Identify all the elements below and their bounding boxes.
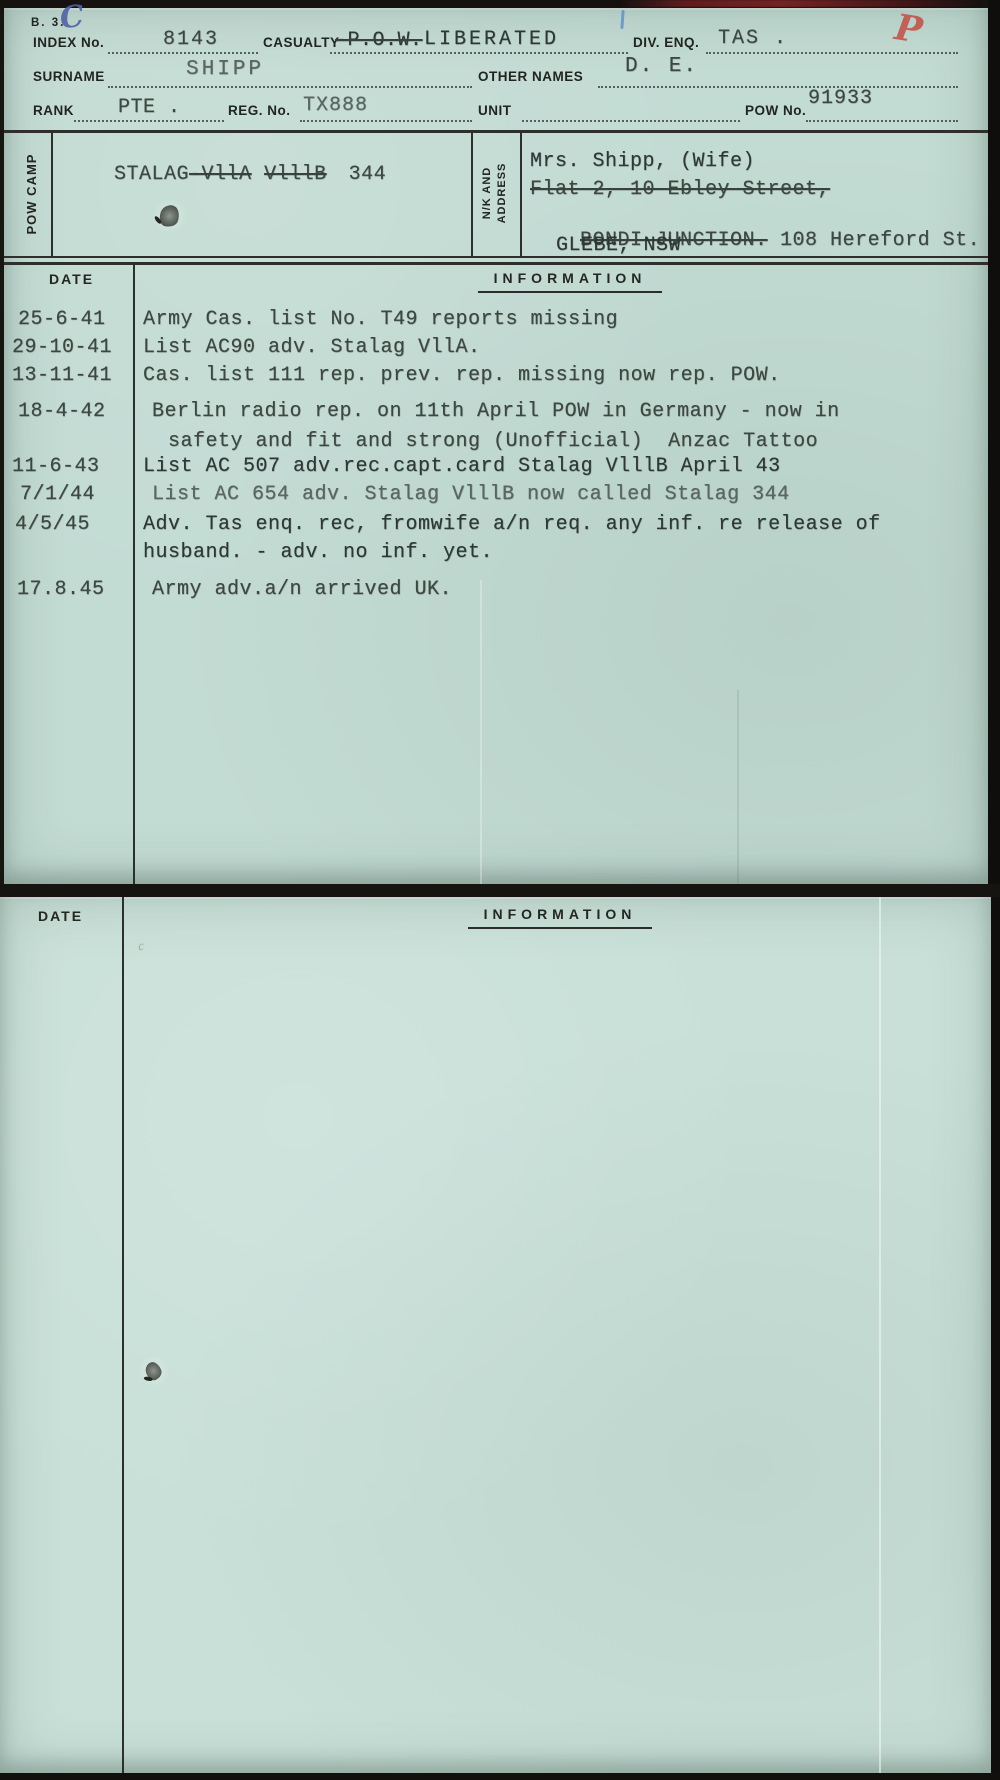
pow-camp-struck-villa: -VllA (189, 163, 252, 186)
surname-label: SURNAME (33, 69, 105, 84)
pow-camp-current: 344 (349, 163, 387, 186)
surname-ruling (108, 86, 472, 88)
log-date: 4/5/45 (15, 513, 90, 536)
nk-address-label-line1: N/K AND (480, 143, 495, 243)
unit-ruling (522, 120, 740, 122)
information-column-header: INFORMATION (478, 270, 662, 293)
nk-city-line: GLEBE, NSW (556, 234, 681, 257)
pow-camp-label: POW CAMP (24, 139, 40, 249)
pow-camp-struck-viiib: VlllB (264, 163, 327, 186)
unit-label: UNIT (478, 103, 512, 118)
reg-no-value: TX888 (303, 94, 368, 117)
pow-no-ruling (806, 120, 958, 122)
continuation-card (0, 897, 991, 1773)
ink-blot (157, 203, 181, 229)
pow-camp-divider (51, 131, 53, 256)
log-info: Army adv.a/n arrived UK. (152, 578, 452, 601)
typed-edge-marks: ’ ’ ’ ’ ’ ’ ’ ’ (308, 0, 568, 7)
log-info: List AC 654 adv. Stalag VlllB now called… (152, 483, 790, 506)
pow-no-label: POW No. (745, 103, 806, 118)
casualty-value: LIBERATED (424, 28, 559, 51)
nk-new-street: 108 Hereford St. (768, 229, 981, 252)
log-date: 7/1/44 (20, 483, 95, 506)
log-info: List AC 507 adv.rec.capt.card Stalag Vll… (143, 455, 781, 478)
scanned-pow-record-page: ’ ’ ’ ’ ’ ’ ’ ’ B. 3. C INDEX No. 8143 C… (0, 0, 1000, 1780)
log-info: Cas. list 111 rep. prev. rep. missing no… (143, 364, 781, 387)
log-info: Berlin radio rep. on 11th April POW in G… (152, 400, 840, 423)
log-date: 17.8.45 (17, 578, 105, 601)
pow-camp-entry: STALAG-VllA VlllB344 (64, 140, 386, 209)
address-box-inner-divider (520, 131, 522, 256)
ink-blot (143, 1360, 164, 1383)
log-date: 18-4-42 (18, 400, 106, 423)
bottom-edge-strip (0, 1773, 1000, 1780)
index-no-label: INDEX No. (33, 35, 104, 50)
continuation-information-header: INFORMATION (468, 906, 652, 929)
paper-crease (737, 690, 739, 884)
nk-address-label: N/K AND ADDRESS (480, 143, 510, 243)
div-enq-value: TAS . (718, 27, 788, 50)
index-no-ruling (108, 52, 258, 54)
div-enq-label: DIV. ENQ. (633, 35, 699, 50)
nk-address-label-line2: ADDRESS (495, 143, 510, 243)
address-box-left-divider (471, 131, 473, 256)
date-column-divider (133, 265, 135, 884)
log-info: Army Cas. list No. T49 reports missing (143, 308, 618, 331)
pow-camp-space (252, 163, 265, 186)
log-date: 29-10-41 (12, 336, 112, 359)
continuation-date-divider (122, 897, 124, 1773)
reg-no-label: REG. No. (228, 103, 291, 118)
casualty-label: CASUALTY (263, 35, 340, 50)
continuation-date-header: DATE (38, 908, 83, 924)
surname-value: SHIPP (186, 58, 264, 81)
rank-label: RANK (33, 103, 74, 118)
casualty-struck-value: -P.O.W. (335, 29, 423, 52)
rank-value: PTE . (118, 96, 181, 119)
index-no-value: 8143 (163, 28, 219, 51)
log-date: 25-6-41 (18, 308, 106, 331)
handwritten-c-annotation: C (58, 0, 85, 36)
rank-ruling (74, 120, 224, 122)
date-column-header: DATE (49, 271, 94, 287)
other-names-ruling (598, 86, 958, 88)
log-date: 13-11-41 (12, 364, 112, 387)
red-edge-smear (618, 0, 983, 7)
pow-camp-text: STALAG (114, 163, 189, 186)
left-edge-sliver (0, 8, 4, 884)
reg-no-ruling (300, 120, 472, 122)
paper-crease (879, 897, 881, 1773)
other-names-label: OTHER NAMES (478, 69, 583, 84)
log-info-continued: safety and fit and strong (Unofficial) A… (168, 430, 818, 453)
log-date: 11-6-43 (12, 455, 100, 478)
nk-old-street-line: Flat 2, 10 Ebley Street, (530, 178, 830, 201)
pow-no-value: 91933 (808, 87, 873, 110)
nk-name-line: Mrs. Shipp, (Wife) (530, 150, 755, 173)
div-enq-ruling (706, 52, 958, 54)
paper-crease (480, 580, 482, 884)
log-info: List AC90 adv. Stalag VllA. (143, 336, 481, 359)
card-gap-strip (0, 884, 1000, 897)
log-info-continued: husband. - adv. no inf. yet. (143, 541, 493, 564)
other-names-value: D. E. (625, 55, 698, 78)
log-info: Adv. Tas enq. rec, fromwife a/n req. any… (143, 513, 881, 536)
box-top-rule (4, 130, 988, 133)
casualty-ruling (330, 52, 628, 54)
